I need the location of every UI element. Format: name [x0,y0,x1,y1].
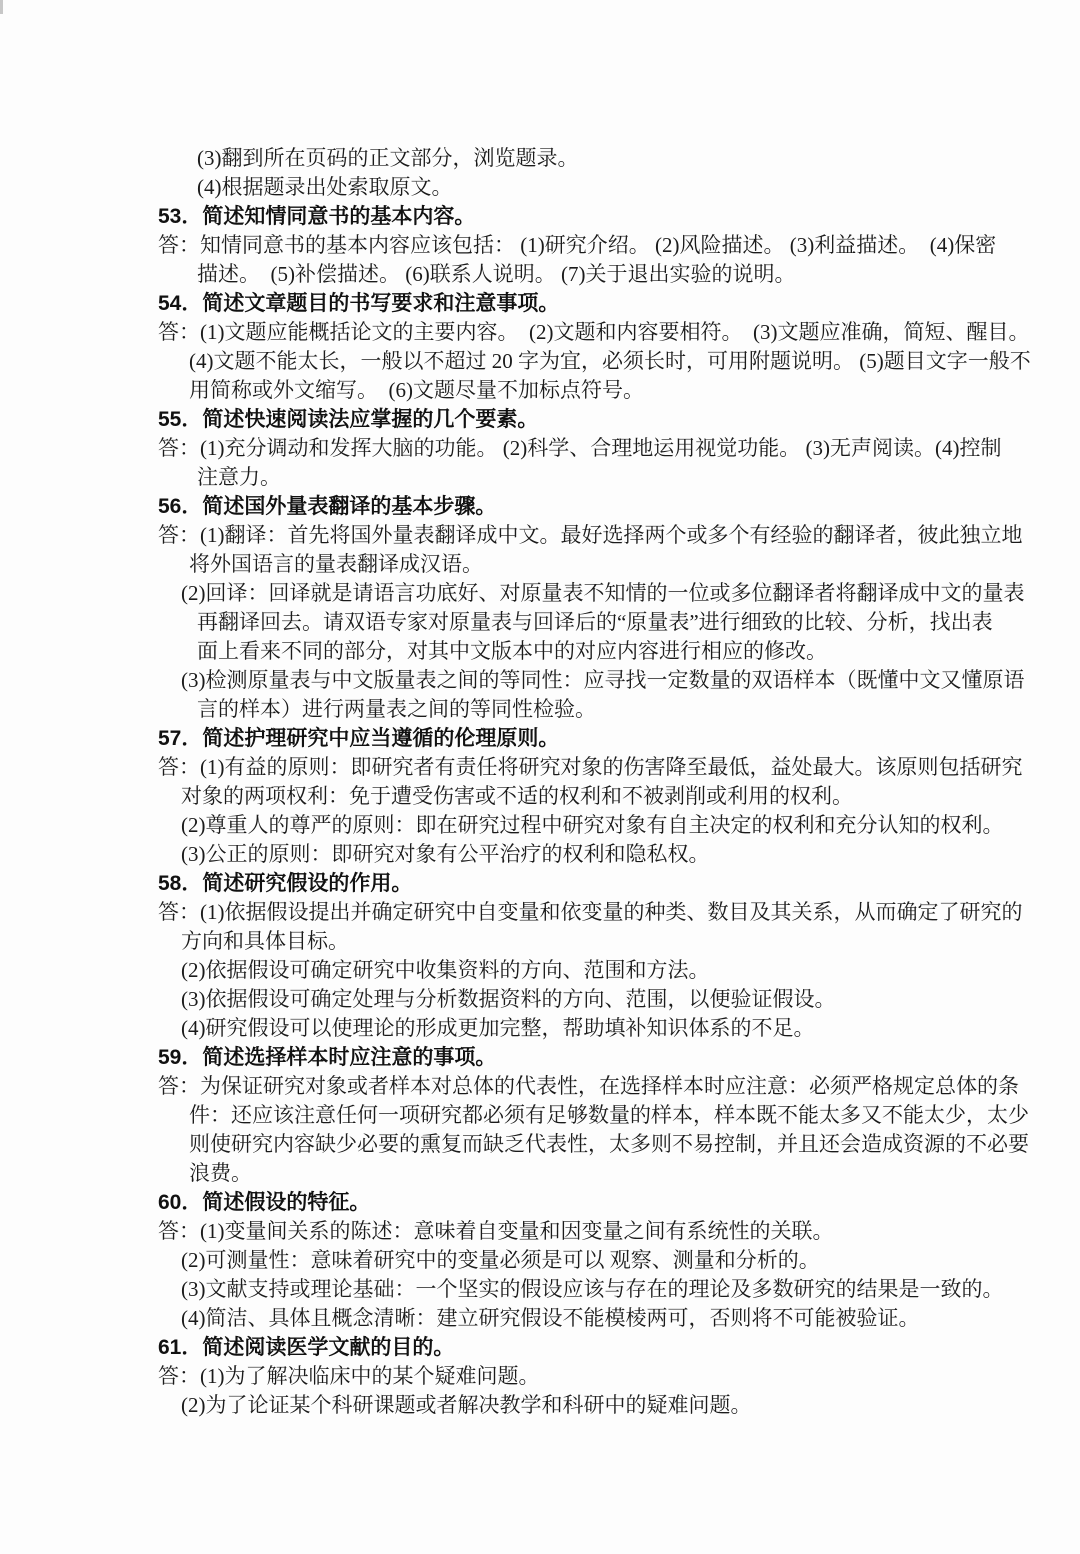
question-heading: 54．简述文章题目的书写要求和注意事项。 [158,289,1080,318]
text-line: (2)为了论证某个科研课题或者解决教学和科研中的疑难问题。 [181,1391,1080,1420]
text-line: 答：(1)翻译：首先将国外量表翻译成中文。最好选择两个或多个有经验的翻译者，彼此… [158,521,1080,550]
text-line: (3)依据假设可确定处理与分析数据资料的方向、范围，以便验证假设。 [181,985,1080,1014]
question-heading: 57．简述护理研究中应当遵循的伦理原则。 [158,724,1080,753]
text-line: 答：为保证研究对象或者样本对总体的代表性，在选择样本时应注意：必须严格规定总体的… [158,1072,1080,1101]
text-line: (3)文献支持或理论基础：一个坚实的假设应该与存在的理论及多数研究的结果是一致的… [181,1275,1080,1304]
question-heading: 59．简述选择样本时应注意的事项。 [158,1043,1080,1072]
scan-edge-artifact [0,0,3,14]
document-content: (3)翻到所在页码的正文部分，浏览题录。(4)根据题录出处索取原文。53．简述知… [0,144,1080,1420]
text-line: 答：(1)有益的原则：即研究者有责任将研究对象的伤害降至最低，益处最大。该原则包… [158,753,1080,782]
text-line: 方向和具体目标。 [181,927,1080,956]
text-line: 答：(1)变量间关系的陈述：意味着自变量和因变量之间有系统性的关联。 [158,1217,1080,1246]
question-heading: 58．简述研究假设的作用。 [158,869,1080,898]
text-line: 对象的两项权利：免于遭受伤害或不适的权利和不被剥削或利用的权利。 [181,782,1080,811]
question-heading: 56．简述国外量表翻译的基本步骤。 [158,492,1080,521]
text-line: (2)尊重人的尊严的原则：即在研究过程中研究对象有自主决定的权利和充分认知的权利… [181,811,1080,840]
text-line: 将外国语言的量表翻译成汉语。 [189,550,1080,579]
text-line: 浪费。 [189,1159,1080,1188]
text-line: 再翻译回去。请双语专家对原量表与回译后的“原量表”进行细致的比较、分析，找出表 [197,608,1080,637]
text-line: 答：(1)充分调动和发挥大脑的功能。 (2)科学、合理地运用视觉功能。 (3)无… [158,434,1080,463]
text-line: (2)依据假设可确定研究中收集资料的方向、范围和方法。 [181,956,1080,985]
text-line: 答：知情同意书的基本内容应该包括： (1)研究介绍。 (2)风险描述。 (3)利… [158,231,1080,260]
text-line: (4)简洁、具体且概念清晰：建立研究假设不能模棱两可，否则将不可能被验证。 [181,1304,1080,1333]
question-heading: 60．简述假设的特征。 [158,1188,1080,1217]
text-line: (3)翻到所在页码的正文部分，浏览题录。 [197,144,1080,173]
question-heading: 53．简述知情同意书的基本内容。 [158,202,1080,231]
text-line: (4)文题不能太长，一般以不超过 20 字为宜，必须长时，可用附题说明。 (5)… [189,347,1080,376]
text-line: 答：(1)为了解决临床中的某个疑难问题。 [158,1362,1080,1391]
text-line: 言的样本）进行两量表之间的等同性检验。 [197,695,1080,724]
text-line: 答：(1)文题应能概括论文的主要内容。 (2)文题和内容要相符。 (3)文题应准… [158,318,1080,347]
text-line: (2)回译：回译就是请语言功底好、对原量表不知情的一位或多位翻译者将翻译成中文的… [181,579,1080,608]
text-line: (4)根据题录出处索取原文。 [197,173,1080,202]
text-line: 注意力。 [197,463,1080,492]
text-line: (4)研究假设可以使理论的形成更加完整，帮助填补知识体系的不足。 [181,1014,1080,1043]
text-line: 描述。 (5)补偿描述。 (6)联系人说明。 (7)关于退出实验的说明。 [197,260,1080,289]
text-line: 则使研究内容缺少必要的熏复而缺乏代表性，太多则不易控制，并且还会造成资源的不必要 [189,1130,1080,1159]
question-heading: 61．简述阅读医学文献的目的。 [158,1333,1080,1362]
text-line: 用简称或外文缩写。 (6)文题尽量不加标点符号。 [189,376,1080,405]
text-line: 答：(1)依据假设提出并确定研究中自变量和依变量的种类、数目及其关系，从而确定了… [158,898,1080,927]
question-heading: 55．简述快速阅读法应掌握的几个要素。 [158,405,1080,434]
text-line: (2)可测量性：意味着研究中的变量必须是可以 观察、测量和分析的。 [181,1246,1080,1275]
text-line: (3)检测原量表与中文版量表之间的等同性：应寻找一定数量的双语样本（既懂中文又懂… [181,666,1080,695]
text-line: (3)公正的原则：即研究对象有公平治疗的权利和隐私权。 [181,840,1080,869]
text-line: 面上看来不同的部分，对其中文版本中的对应内容进行相应的修改。 [197,637,1080,666]
text-line: 件：还应该注意任何一项研究都必须有足够数量的样本，样本既不能太多又不能太少，太少 [189,1101,1080,1130]
document-page: (3)翻到所在页码的正文部分，浏览题录。(4)根据题录出处索取原文。53．简述知… [0,0,1080,1554]
